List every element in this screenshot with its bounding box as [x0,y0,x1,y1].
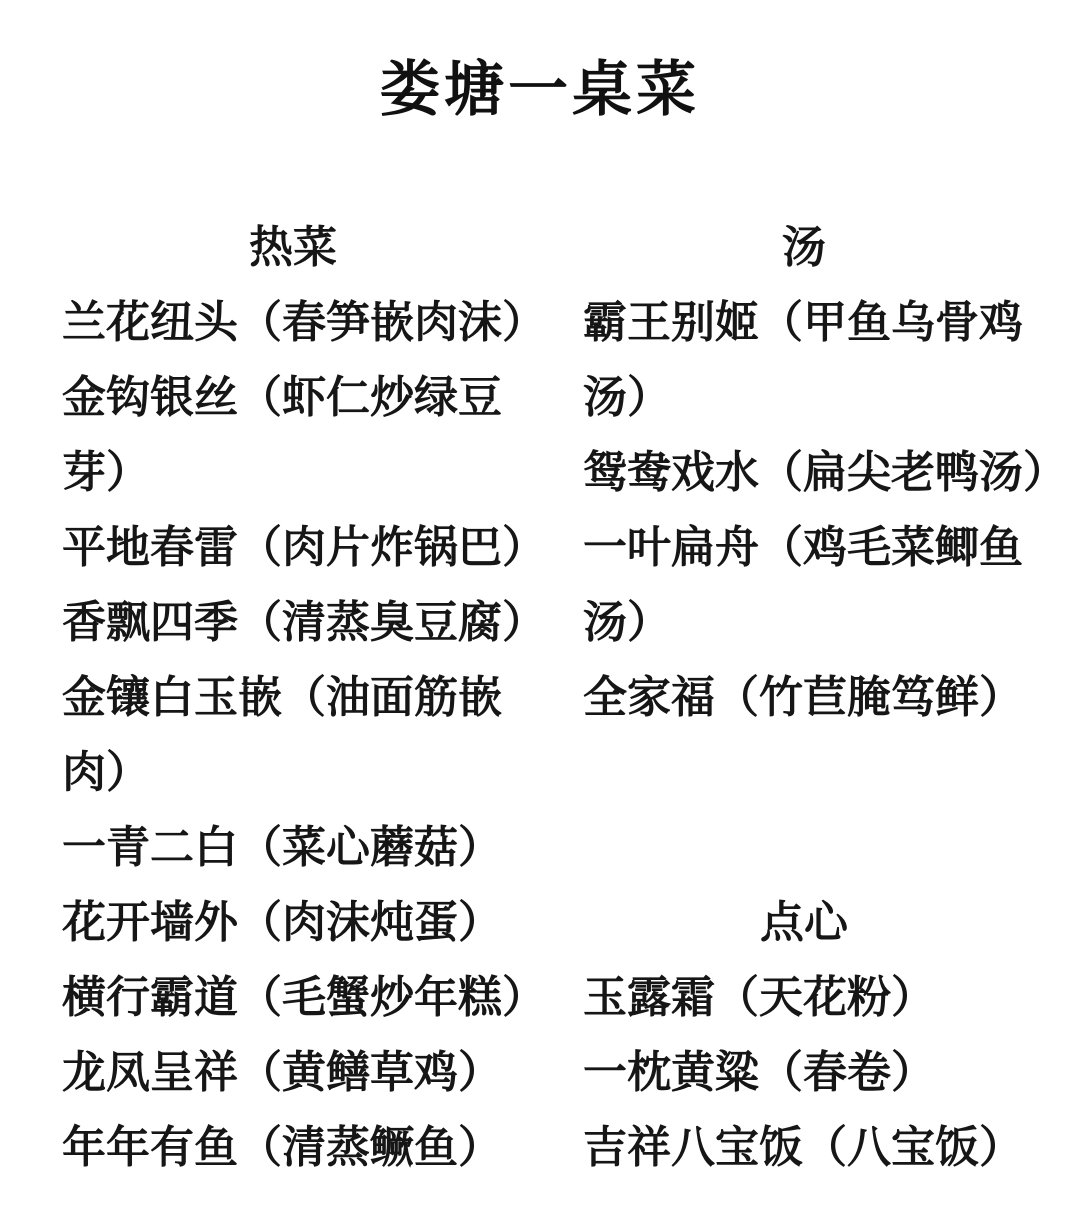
menu-line: 吉祥八宝饭（八宝饭） [583,1105,1025,1180]
hot-dishes-column: 热菜 兰花纽头（春笋嵌肉沫） 金钩银丝（虾仁炒绿豆 芽） 平地春雷（肉片炸锅巴）… [62,205,524,1180]
menu-line: 一青二白（菜心蘑菇） [62,805,524,880]
menu-line: 横行霸道（毛蟹炒年糕） [62,955,524,1030]
menu-line: 全家福（竹苣腌笃鲜） [583,655,1025,730]
menu-line: 汤） [583,355,1025,430]
page-title: 娄塘一桌菜 [0,0,1080,128]
section-header-soup: 汤 [583,205,1025,280]
section-header-dimsum: 点心 [583,880,1025,955]
menu-line: 一叶扁舟（鸡毛菜鲫鱼 [583,505,1025,580]
menu-document: 娄塘一桌菜 热菜 兰花纽头（春笋嵌肉沫） 金钩银丝（虾仁炒绿豆 芽） 平地春雷（… [0,0,1080,1225]
menu-line: 霸王别姬（甲鱼乌骨鸡 [583,280,1025,355]
menu-line: 芽） [62,430,524,505]
menu-line: 汤） [583,580,1025,655]
menu-line: 金钩银丝（虾仁炒绿豆 [62,355,524,430]
menu-line: 年年有鱼（清蒸鳜鱼） [62,1105,524,1180]
menu-columns: 热菜 兰花纽头（春笋嵌肉沫） 金钩银丝（虾仁炒绿豆 芽） 平地春雷（肉片炸锅巴）… [62,205,1025,1180]
menu-line: 花开墙外（肉沫炖蛋） [62,880,524,955]
menu-line: 香飘四季（清蒸臭豆腐） [62,580,524,655]
menu-line: 平地春雷（肉片炸锅巴） [62,505,524,580]
menu-line: 龙凤呈祥（黄鳝草鸡） [62,1030,524,1105]
menu-line: 一枕黄粱（春卷） [583,1030,1025,1105]
menu-line: 金镶白玉嵌（油面筋嵌 [62,655,524,730]
section-header-hot-dishes: 热菜 [62,205,524,280]
empty-line [583,730,1025,805]
menu-line: 鸳鸯戏水（扁尖老鸭汤） [583,430,1025,505]
soup-and-dimsum-column: 汤 霸王别姬（甲鱼乌骨鸡 汤） 鸳鸯戏水（扁尖老鸭汤） 一叶扁舟（鸡毛菜鲫鱼 汤… [583,205,1025,1180]
empty-line [583,805,1025,880]
menu-line: 玉露霜（天花粉） [583,955,1025,1030]
menu-line: 兰花纽头（春笋嵌肉沫） [62,280,524,355]
menu-line: 肉） [62,730,524,805]
